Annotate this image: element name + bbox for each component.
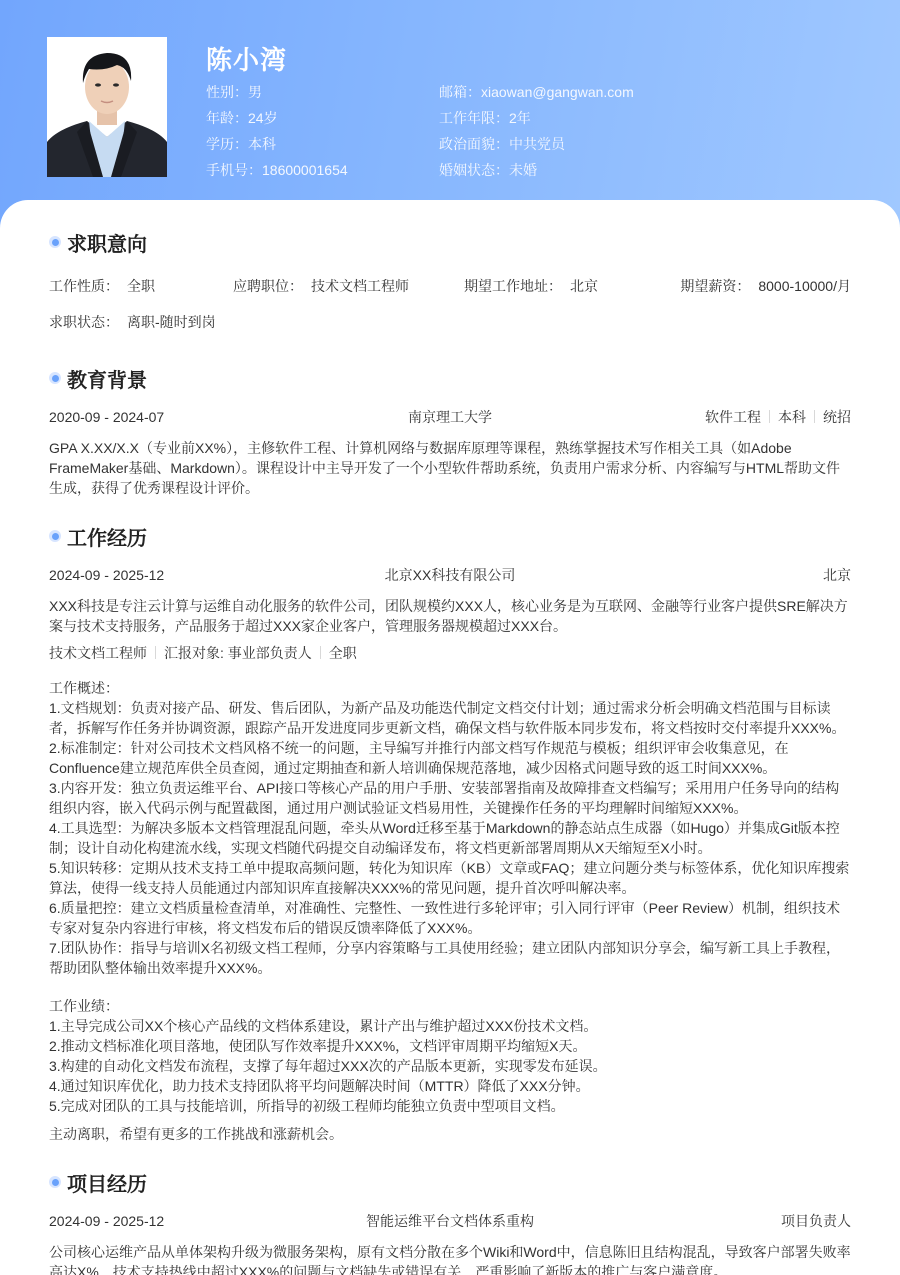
personal-info: 性别：男 邮箱：xiaowan@gangwan.com 年龄：24岁 工作年限：…: [206, 83, 806, 180]
education-header-row: 2020-09 - 2024-07 南京理工大学 软件工程本科统招: [49, 407, 851, 427]
achievement-item: 4.通过知识库优化，助力技术支持团队将平均问题解决时间（MTTR）降低了XXX分…: [49, 1076, 851, 1096]
work-employment-type: 全职: [329, 645, 357, 661]
bullet-dot-icon: [49, 236, 61, 248]
work-header-row: 2024-09 - 2025-12 北京XX科技有限公司 北京: [49, 565, 851, 585]
divider: [769, 410, 770, 423]
label: 期望薪资：: [680, 278, 750, 294]
intent-salary: 期望薪资：8000-10000/月: [680, 276, 851, 296]
work-tags: 技术文档工程师汇报对象: 事业部负责人全职: [49, 643, 851, 663]
intent-status: 求职状态：离职-随时到岗: [49, 312, 216, 332]
bullet-dot-icon: [49, 1176, 61, 1188]
work-title: 技术文档工程师: [49, 645, 147, 661]
portrait-icon: [47, 37, 167, 177]
info-political-status: 政治面貌：中共党员: [439, 135, 799, 154]
section-title-work: 工作经历: [49, 522, 147, 550]
education-description: GPA X.XX/X.X（专业前XX%），主修软件工程、计算机网络与数据库原理等…: [49, 438, 851, 498]
label: 工作性质：: [49, 278, 119, 294]
education-period: 2020-09 - 2024-07: [49, 407, 164, 427]
education-major: 软件工程: [705, 409, 761, 425]
overview-item: 4.工具选型：为解决多版本文档管理混乱问题，牵头从Word迁移至基于Markdo…: [49, 818, 851, 858]
overview-item: 7.团队协作：指导与培训X名初级文档工程师，分享内容策略与工具使用经验；建立团队…: [49, 938, 851, 978]
overview-item: 1.文档规划：负责对接产品、研发、售后团队，为新产品及功能迭代制定文档交付计划；…: [49, 698, 851, 738]
divider: [320, 646, 321, 659]
education-enrollment-type: 统招: [823, 409, 851, 425]
value: 北京: [570, 278, 598, 294]
education-degree: 本科: [778, 409, 806, 425]
label: 求职状态：: [49, 314, 119, 330]
info-phone: 手机号：18600001654: [206, 161, 439, 180]
info-education: 学历：本科: [206, 135, 439, 154]
value: 离职-随时到岗: [127, 314, 216, 330]
info-work-years: 工作年限：2年: [439, 109, 799, 128]
project-description: 公司核心运维产品从单体架构升级为微服务架构，原有文档分散在多个Wiki和Word…: [49, 1242, 851, 1275]
value: 8000-10000/月: [758, 278, 851, 294]
section-title-education: 教育背景: [49, 364, 147, 392]
info-marital-status: 婚姻状态：未婚: [439, 161, 799, 180]
info-email: 邮箱：xiaowan@gangwan.com: [439, 83, 799, 102]
work-company: 北京XX科技有限公司: [49, 565, 851, 585]
section-title-text: 项目经历: [67, 1168, 147, 1197]
achievements-title: 工作业绩：: [49, 996, 851, 1016]
overview-item: 3.内容开发：独立负责运维平台、API接口等核心产品的用户手册、安装部署指南及故…: [49, 778, 851, 818]
intent-position: 应聘职位：技术文档工程师: [233, 276, 409, 296]
candidate-name: 陈小湾: [206, 40, 287, 77]
divider: [814, 410, 815, 423]
project-role: 项目负责人: [781, 1211, 851, 1231]
label: 应聘职位：: [233, 278, 303, 294]
work-report-to: 汇报对象: 事业部负责人: [164, 645, 312, 661]
achievement-item: 2.推动文档标准化项目落地，使团队写作效率提升XXX%，文档评审周期平均缩短X天…: [49, 1036, 851, 1056]
label: 期望工作地址：: [464, 278, 562, 294]
section-title-text: 工作经历: [67, 522, 147, 551]
project-header-row: 2024-09 - 2025-12 智能运维平台文档体系重构 项目负责人: [49, 1211, 851, 1231]
achievement-item: 1.主导完成公司XX个核心产品线的文档体系建设，累计产出与维护超过XXX份技术文…: [49, 1016, 851, 1036]
intent-row-2: 求职状态：离职-随时到岗: [49, 312, 851, 332]
project-name: 智能运维平台文档体系重构: [49, 1211, 851, 1231]
section-title-project: 项目经历: [49, 1168, 147, 1196]
value: 技术文档工程师: [311, 278, 409, 294]
intent-row-1: 工作性质：全职 应聘职位：技术文档工程师 期望工作地址：北京 期望薪资：8000…: [49, 276, 851, 296]
value: 全职: [127, 278, 155, 294]
overview-item: 6.质量把控：建立文档质量检查清单，对准确性、完整性、一致性进行多轮评审；引入同…: [49, 898, 851, 938]
bullet-dot-icon: [49, 372, 61, 384]
overview-item: 2.标准制定：针对公司技术文档风格不统一的问题，主导编写并推行内部文档写作规范与…: [49, 738, 851, 778]
work-achievements: 工作业绩： 1.主导完成公司XX个核心产品线的文档体系建设，累计产出与维护超过X…: [49, 996, 851, 1116]
work-period: 2024-09 - 2025-12: [49, 565, 164, 585]
work-leave-reason: 主动离职，希望有更多的工作挑战和涨薪机会。: [49, 1124, 851, 1144]
info-age: 年龄：24岁: [206, 109, 439, 128]
work-company-intro: XXX科技是专注云计算与运维自动化服务的软件公司，团队规模约XXX人，核心业务是…: [49, 596, 851, 636]
section-title-intent: 求职意向: [49, 228, 147, 256]
achievement-item: 5.完成对团队的工具与技能培训，所指导的初级工程师均能独立负责中型项目文档。: [49, 1096, 851, 1116]
bullet-dot-icon: [49, 530, 61, 542]
overview-title: 工作概述：: [49, 678, 851, 698]
section-title-text: 教育背景: [67, 364, 147, 393]
achievement-item: 3.构建的自动化文档发布流程，支撑了每年超过XXX次的产品版本更新，实现零发布延…: [49, 1056, 851, 1076]
work-city: 北京: [823, 565, 851, 585]
info-gender: 性别：男: [206, 83, 439, 102]
section-title-text: 求职意向: [67, 228, 147, 257]
overview-item: 5.知识转移：定期从技术支持工单中提取高频问题，转化为知识库（KB）文章或FAQ…: [49, 858, 851, 898]
avatar-photo: [47, 37, 167, 177]
work-overview: 工作概述： 1.文档规划：负责对接产品、研发、售后团队，为新产品及功能迭代制定文…: [49, 678, 851, 978]
intent-location: 期望工作地址：北京: [464, 276, 598, 296]
divider: [155, 646, 156, 659]
intent-job-type: 工作性质：全职: [49, 276, 155, 296]
education-tags: 软件工程本科统招: [705, 407, 851, 427]
project-period: 2024-09 - 2025-12: [49, 1211, 164, 1231]
